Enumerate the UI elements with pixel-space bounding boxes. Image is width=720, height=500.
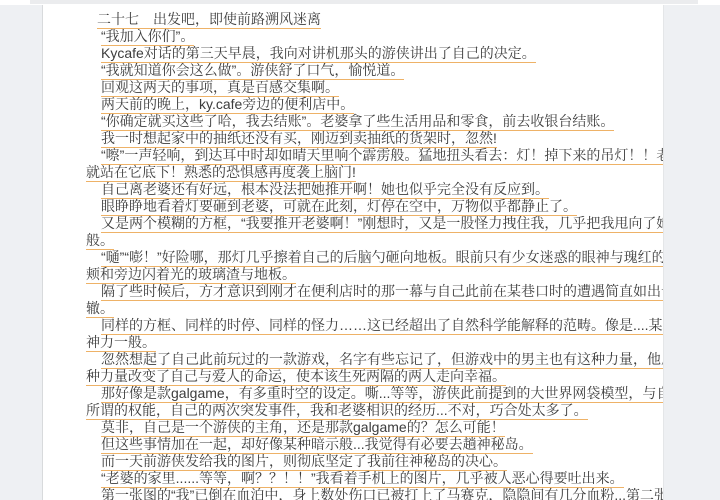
line-text: “嚓”一声轻响，到达耳中时却如晴天里响个霹雳般。猛地扭头看去：灯！掉下来的吊灯！… — [101, 147, 664, 165]
line-text: 般。 — [86, 232, 114, 250]
text-line[interactable]: 种力量改变了自己与爱人的命运，使本该生死两隔的两人走向幸福。 — [86, 368, 621, 385]
line-text: 种力量改变了自己与爱人的命运，使本该生死两隔的两人走向幸福。 — [86, 368, 506, 386]
line-text: 第一张图的“我”已倒在血泊中，身上数处伤口已被打上了马赛克，隐隐间有几分血粉..… — [101, 487, 664, 500]
toolbar-edge-divider — [30, 0, 698, 4]
line-text: 神力一般。 — [86, 334, 156, 352]
line-text: 颊和旁边闪着光的玻璃渣与地板。 — [86, 266, 296, 284]
line-text: 眼睁睁地看着灯要砸到老婆，可就在此刻，灯停在空中，万物似乎都静止了。 — [101, 198, 577, 216]
document-canvas: 二十七 出发吧，即使前路溯风迷离“我加入你们”。Kycafe对话的第三天早晨，我… — [0, 5, 720, 500]
line-text: 辙。 — [86, 300, 114, 318]
text-line[interactable]: 回观这两天的事项，真是百感交集啊。 — [86, 79, 621, 96]
text-line[interactable]: 又是两个模糊的方框，“我要推开老婆啊！”刚想时，又是一股怪力拽住我，几乎把我甩向… — [86, 215, 621, 232]
text-line[interactable]: 自己离老婆还有好远，根本没法把她推开啊！她也似乎完全没有反应到。 — [86, 181, 621, 198]
text-line[interactable]: 所谓的权能，自己的两次突发事件，我和老婆相识的经历...不对，巧合处太多了。 — [86, 402, 621, 419]
text-line[interactable]: 而一天前游侠发给我的图片，则彻底坚定了我前往神秘岛的决心。 — [86, 453, 621, 470]
document-app-window: 二十七 出发吧，即使前路溯风迷离“我加入你们”。Kycafe对话的第三天早晨，我… — [0, 0, 720, 500]
line-text: 回观这两天的事项，真是百感交集啊。 — [101, 79, 339, 97]
line-text: 所谓的权能，自己的两次突发事件，我和老婆相识的经历...不对，巧合处太多了。 — [86, 402, 588, 420]
text-line[interactable]: 颊和旁边闪着光的玻璃渣与地板。 — [86, 266, 621, 283]
line-text: 两天前的晚上，ky.cafe旁边的便利店中。 — [101, 96, 354, 114]
text-line[interactable]: “你确定就买这些了哈，我去结账”。老婆拿了些生活用品和零食，前去收银台结账。 — [86, 113, 621, 130]
text-line[interactable]: 同样的方框、同样的时停、同样的怪力……这已经超出了自然科学能解释的范畴。像是..… — [86, 317, 621, 334]
text-line[interactable]: “我就知道你会这么做”。游侠舒了口气，愉悦道。 — [86, 62, 621, 79]
line-text: 就站在它底下！熟悉的恐惧感再度袭上脑门! — [86, 164, 356, 182]
text-line[interactable]: 神力一般。 — [86, 334, 621, 351]
text-line[interactable]: “嗵”“嘭！”好险哪，那灯几乎擦着自己的后脑勺砸向地板。眼前只有少女迷惑的眼神与… — [86, 249, 621, 266]
text-line[interactable]: 莫非，自己是一个游侠的主角，还是那款galgame的？怎么可能！ — [86, 419, 621, 436]
text-line[interactable]: 般。 — [86, 232, 621, 249]
line-text: 自己离老婆还有好远，根本没法把她推开啊！她也似乎完全没有反应到。 — [101, 181, 549, 199]
text-line[interactable]: “嚓”一声轻响，到达耳中时却如晴天里响个霹雳般。猛地扭头看去：灯！掉下来的吊灯！… — [86, 147, 621, 164]
text-line[interactable]: 就站在它底下！熟悉的恐惧感再度袭上脑门! — [86, 164, 621, 181]
text-line[interactable]: 那好像是款galgame，有多重时空的设定。嘶...等等，游侠此前提到的大世界网… — [86, 385, 621, 402]
document-text-body[interactable]: 二十七 出发吧，即使前路溯风迷离“我加入你们”。Kycafe对话的第三天早晨，我… — [86, 11, 621, 500]
line-text: 二十七 出发吧，即使前路溯风迷离 — [97, 11, 321, 29]
line-text: 同样的方框、同样的时停、同样的怪力……这已经超出了自然科学能解释的范畴。像是..… — [101, 317, 664, 335]
line-text: 我一时想起家中的抽纸还没有买，刚迈到卖抽纸的货架时，忽然! — [101, 130, 497, 148]
line-text: 莫非，自己是一个游侠的主角，还是那款galgame的？怎么可能！ — [101, 419, 505, 437]
text-line[interactable]: 两天前的晚上，ky.cafe旁边的便利店中。 — [86, 96, 621, 113]
text-line[interactable]: 二十七 出发吧，即使前路溯风迷离 — [86, 11, 621, 28]
document-page[interactable]: 二十七 出发吧，即使前路溯风迷离“我加入你们”。Kycafe对话的第三天早晨，我… — [42, 5, 664, 500]
line-text: “老婆的家里......等等，啊？？！！”我看着手机上的图片，几乎被人恶心得要吐… — [101, 470, 624, 488]
text-line[interactable]: 忽然想起了自己此前玩过的一款游戏，名字有些忘记了，但游戏中的男主也有这种力量，他… — [86, 351, 621, 368]
line-text: 那好像是款galgame，有多重时空的设定。嘶...等等，游侠此前提到的大世界网… — [101, 385, 664, 403]
text-line[interactable]: Kycafe对话的第三天早晨，我向对讲机那头的游侠讲出了自己的决定。 — [86, 45, 621, 62]
text-line[interactable]: 第一张图的“我”已倒在血泊中，身上数处伤口已被打上了马赛克，隐隐间有几分血粉..… — [86, 487, 621, 500]
text-line[interactable]: 我一时想起家中的抽纸还没有买，刚迈到卖抽纸的货架时，忽然! — [86, 130, 621, 147]
text-line[interactable]: 隔了些时候后，方才意识到刚才在便利店时的那一幕与自己此前在某巷口时的遭遇简直如出… — [86, 283, 621, 300]
line-text: 但这些事情加在一起，却好像某种暗示般...我觉得有必要去趟神秘岛。 — [101, 436, 533, 454]
text-line[interactable]: “老婆的家里......等等，啊？？！！”我看着手机上的图片，几乎被人恶心得要吐… — [86, 470, 621, 487]
line-text: Kycafe对话的第三天早晨，我向对讲机那头的游侠讲出了自己的决定。 — [101, 45, 536, 63]
line-text: “我就知道你会这么做”。游侠舒了口气，愉悦道。 — [101, 62, 404, 80]
line-text: 忽然想起了自己此前玩过的一款游戏，名字有些忘记了，但游戏中的男主也有这种力量，他… — [101, 351, 664, 369]
text-line[interactable]: 但这些事情加在一起，却好像某种暗示般...我觉得有必要去趟神秘岛。 — [86, 436, 621, 453]
line-text: 而一天前游侠发给我的图片，则彻底坚定了我前往神秘岛的决心。 — [101, 453, 507, 471]
line-text: “你确定就买这些了哈，我去结账”。老婆拿了些生活用品和零食，前去收银台结账。 — [101, 113, 614, 131]
text-line[interactable]: 眼睁睁地看着灯要砸到老婆，可就在此刻，灯停在空中，万物似乎都静止了。 — [86, 198, 621, 215]
line-text: “我加入你们”。 — [101, 28, 194, 46]
text-line[interactable]: “我加入你们”。 — [86, 28, 621, 45]
line-text: 又是两个模糊的方框，“我要推开老婆啊！”刚想时，又是一股怪力拽住我，几乎把我甩向… — [101, 215, 664, 233]
text-line[interactable]: 辙。 — [86, 300, 621, 317]
line-text: 隔了些时候后，方才意识到刚才在便利店时的那一幕与自己此前在某巷口时的遭遇简直如出… — [101, 283, 664, 301]
line-text: “嗵”“嘭！”好险哪，那灯几乎擦着自己的后脑勺砸向地板。眼前只有少女迷惑的眼神与… — [101, 249, 664, 267]
